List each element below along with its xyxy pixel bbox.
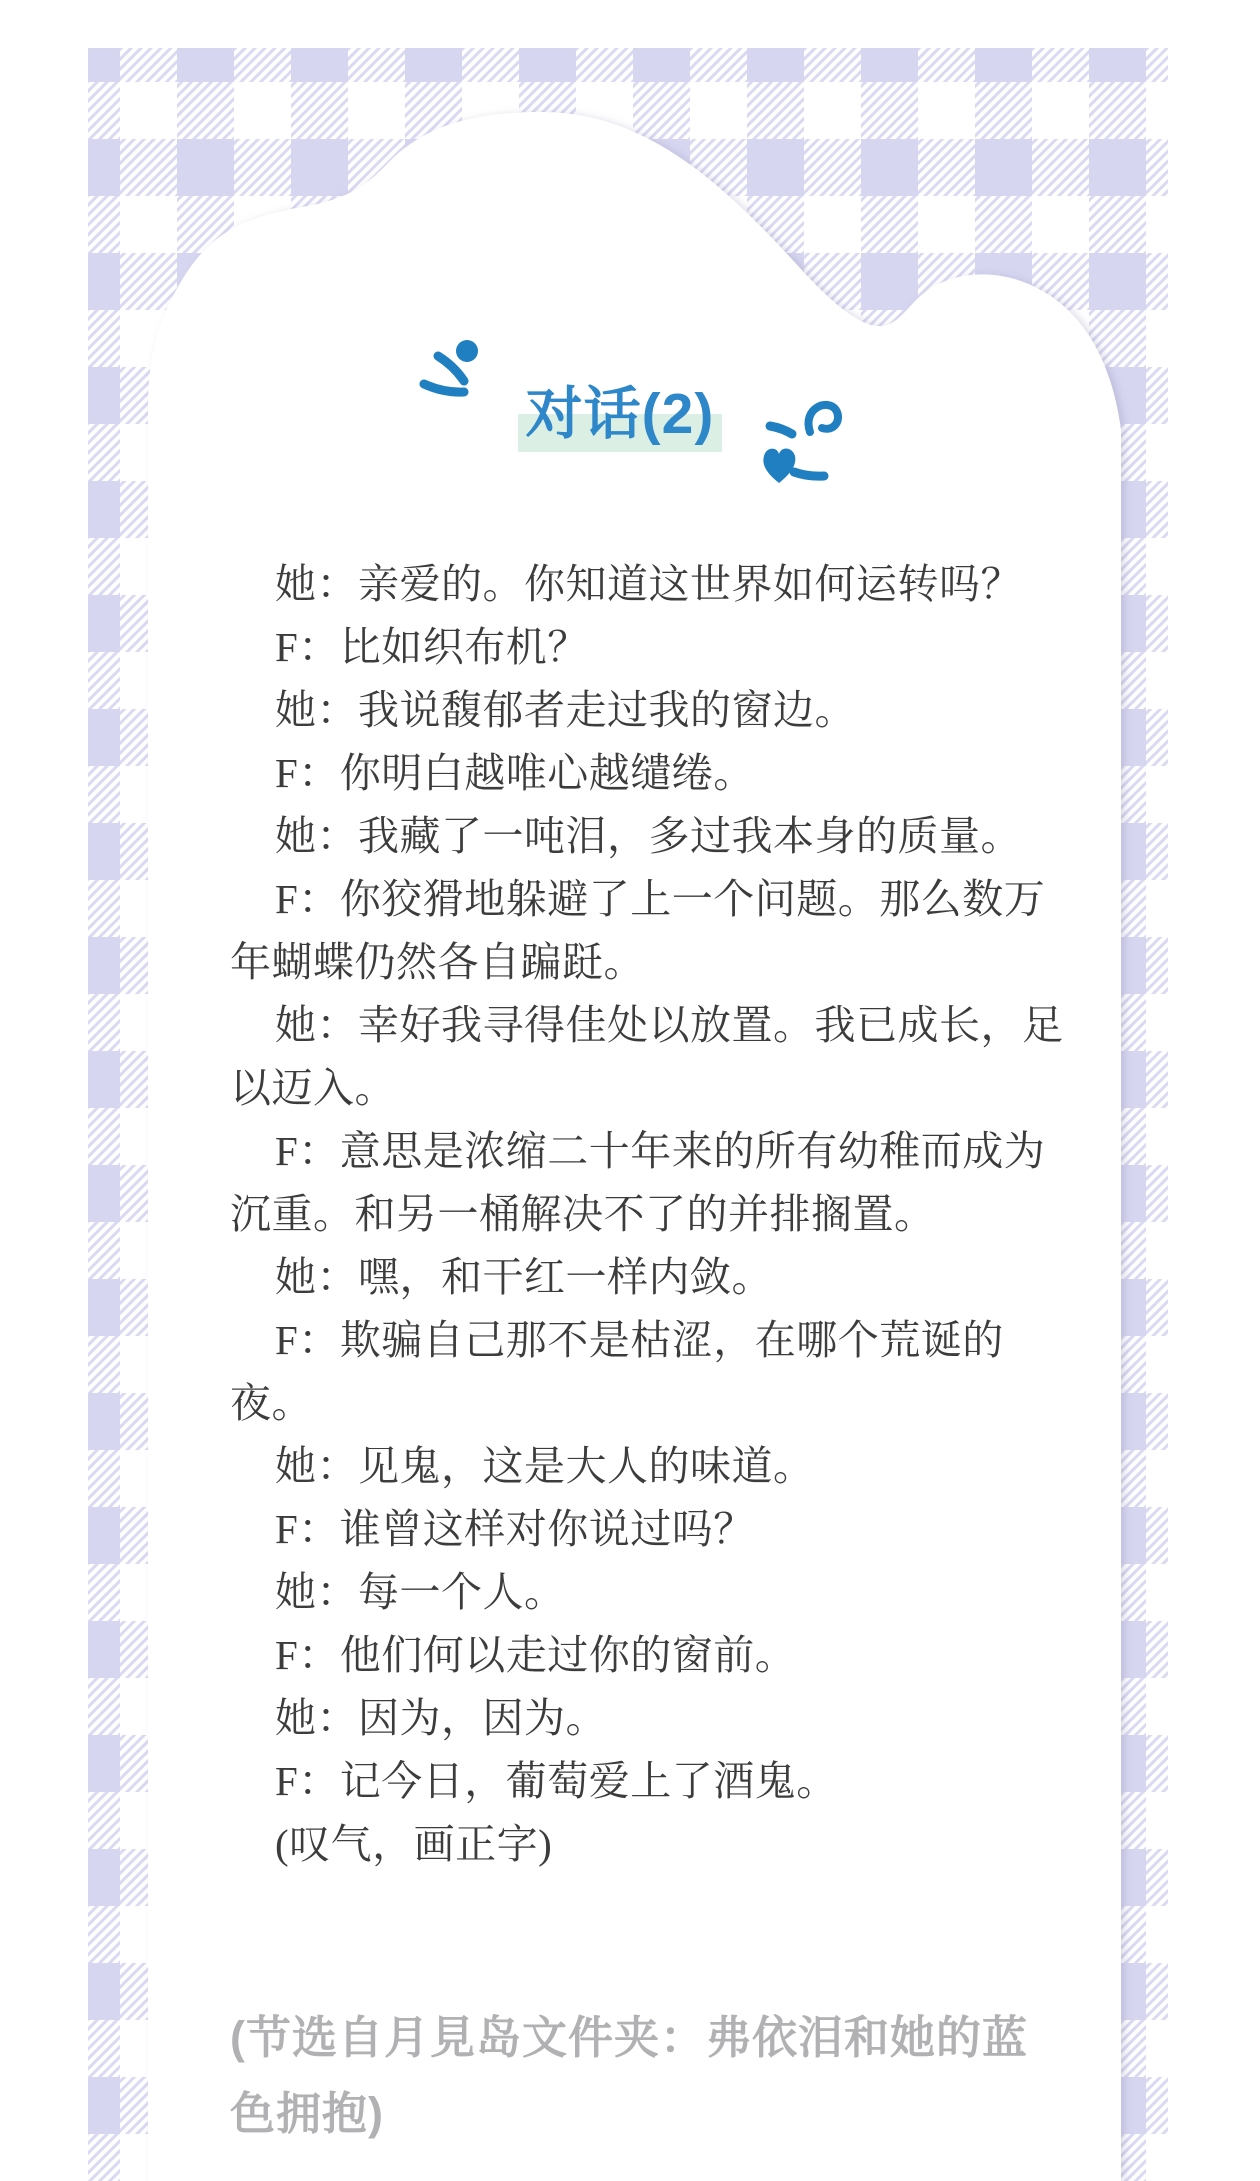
dialogue-line: F：你狡猾地躲避了上一个问题。那么数万年蝴蝶仍然各自蹁跹。 xyxy=(230,868,1065,994)
dialogue-line: 她：因为，因为。 xyxy=(230,1687,1065,1750)
card-content: 对话(2) 她：亲爱的。你知道这世界如何运转吗？ F：比如织布机？ 她：我说馥郁… xyxy=(0,0,1260,2181)
dialogue-line: F：比如织布机？ xyxy=(230,616,1065,679)
dialogue-line: 她：亲爱的。你知道这世界如何运转吗？ xyxy=(230,553,1065,616)
dialogue-line: F：欺骗自己那不是枯涩，在哪个荒诞的夜。 xyxy=(230,1309,1065,1435)
text-card-page: 对话(2) 她：亲爱的。你知道这世界如何运转吗？ F：比如织布机？ 她：我说馥郁… xyxy=(0,0,1260,2181)
dialogue-line: 她：每一个人。 xyxy=(230,1561,1065,1624)
dialogue-line: F：记今日，葡萄爱上了酒鬼。 xyxy=(230,1750,1065,1813)
dialogue-line: F：谁曾这样对你说过吗？ xyxy=(230,1498,1065,1561)
dialogue-line: 她：我藏了一吨泪，多过我本身的质量。 xyxy=(230,805,1065,868)
dialogue-line: 她：嘿，和干红一样内敛。 xyxy=(230,1246,1065,1309)
dialogue-line: F：他们何以走过你的窗前。 xyxy=(230,1624,1065,1687)
dialogue-line: 她：见鬼，这是大人的味道。 xyxy=(230,1435,1065,1498)
flying-heart-icon xyxy=(740,392,850,497)
dialogue-line: F：你明白越唯心越缱绻。 xyxy=(230,742,1065,805)
dialogue-text: 她：亲爱的。你知道这世界如何运转吗？ F：比如织布机？ 她：我说馥郁者走过我的窗… xyxy=(230,553,1065,1876)
source-note: (节选自月見岛文件夹：弗依泪和她的蓝色拥抱) xyxy=(230,2000,1045,2152)
dialogue-line: 她：我说馥郁者走过我的窗边。 xyxy=(230,679,1065,742)
title-highlight: 对话(2) xyxy=(518,382,723,452)
dialogue-line: 她：幸好我寻得佳处以放置。我已成长，足以迈入。 xyxy=(230,994,1065,1120)
dialogue-line: F：意思是浓缩二十年来的所有幼稚而成为沉重。和另一桶解决不了的并排搁置。 xyxy=(230,1120,1065,1246)
page-title: 对话(2) xyxy=(455,378,785,450)
dialogue-line stage-direction: (叹气，画正字) xyxy=(230,1813,1065,1876)
